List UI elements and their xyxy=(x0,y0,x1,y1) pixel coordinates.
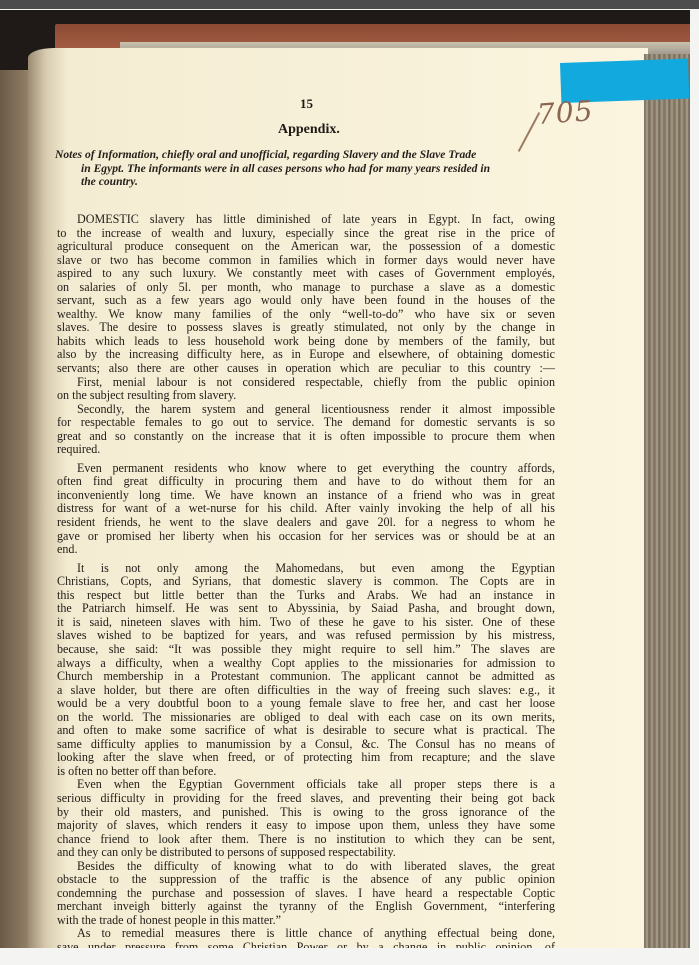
handwritten-folio-number: 705 xyxy=(536,94,595,131)
text-line: same difficulty applies to manumission b… xyxy=(57,738,555,752)
text-line: chance friend to look after them. There … xyxy=(57,833,555,847)
text-line: it is said, nineteen slaves with him. Tw… xyxy=(57,616,555,630)
text-line: condemning the purchase and possession o… xyxy=(57,887,555,901)
text-line: resident friends, he went to the slave d… xyxy=(57,516,555,530)
text-line: distress for want of a wet-nurse for his… xyxy=(57,502,555,516)
text-line: agricultural produce consequent on the A… xyxy=(57,240,555,254)
text-line: servants; also there are other causes in… xyxy=(57,362,555,376)
scanned-page-image: 705 15 Appendix. Notes of Information, c… xyxy=(0,10,690,957)
text-line: on the world. The missionaries are oblig… xyxy=(57,711,555,725)
text-line: Christians, Copts, and Syrians, that dom… xyxy=(57,575,555,589)
text-line: Secondly, the harem system and general l… xyxy=(57,403,555,417)
page-heading: Appendix. xyxy=(278,122,340,138)
text-line: Church membership in a Protestant commun… xyxy=(57,670,555,684)
text-line: on the subject resulting from slavery. xyxy=(57,389,555,403)
text-line: required. xyxy=(57,443,555,457)
text-line: always a difficulty, when a wealthy Copt… xyxy=(57,657,555,671)
text-line: for respectable females to go out to ser… xyxy=(57,416,555,430)
text-line: and they can only be distributed to pers… xyxy=(57,846,555,860)
text-line: obstacle to the suppression of the traff… xyxy=(57,873,555,887)
text-line: with the trade of honest people in this … xyxy=(57,914,555,928)
text-line: often find great difficulty in procuring… xyxy=(57,475,555,489)
text-line: looking after the slave when freed, or o… xyxy=(57,751,555,765)
text-line: aspired to any such luxury. We constantl… xyxy=(57,267,555,281)
notes-line: the country. xyxy=(55,175,560,189)
text-line: the Patriarch himself. He was sent to Ab… xyxy=(57,602,555,616)
text-line: on salaries of only 5l. per month, who m… xyxy=(57,281,555,295)
text-line: end. xyxy=(57,543,555,557)
text-line: Besides the difficulty of knowing what t… xyxy=(57,860,555,874)
text-line: slaves wished to be baptized for years, … xyxy=(57,629,555,643)
text-line: also by the increasing difficulty here, … xyxy=(57,348,555,362)
text-line: because, she said: “It was possible they… xyxy=(57,643,555,657)
text-line: As to remedial measures there is little … xyxy=(57,927,555,941)
text-line: habits which leads to less household wor… xyxy=(57,335,555,349)
text-line: Even permanent residents who know where … xyxy=(57,462,555,476)
notes-line: Notes of Information, chiefly oral and u… xyxy=(55,148,560,162)
text-line: First, menial labour is not considered r… xyxy=(57,376,555,390)
text-line: to the increase of wealth and luxury, es… xyxy=(57,227,555,241)
page-stack-edge xyxy=(644,54,690,957)
text-line: servant, such as a few years ago would o… xyxy=(57,294,555,308)
text-line: great and so constantly on the increase … xyxy=(57,430,555,444)
document-viewer: 705 15 Appendix. Notes of Information, c… xyxy=(0,9,699,965)
text-line: is often no better off than before. xyxy=(57,765,555,779)
viewer-bottom-bar xyxy=(0,948,699,965)
text-line: would be a very doubtful boon to a young… xyxy=(57,697,555,711)
text-line: and often to make some sacrifice of what… xyxy=(57,724,555,738)
text-line: inconveniently long time. We have known … xyxy=(57,489,555,503)
page-number: 15 xyxy=(300,96,313,112)
body-text: DOMESTIC slavery has little diminished o… xyxy=(57,208,555,957)
text-line: by their old masters, and punished. This… xyxy=(57,806,555,820)
text-line: slave or two has become common in famili… xyxy=(57,254,555,268)
notes-heading: Notes of Information, chiefly oral and u… xyxy=(55,148,560,189)
text-line: majority of slaves, which renders it eas… xyxy=(57,819,555,833)
text-line: gave or promised her liberty when his oc… xyxy=(57,530,555,544)
text-line: DOMESTIC slavery has little diminished o… xyxy=(57,213,555,227)
notes-line: in Egypt. The informants were in all cas… xyxy=(55,162,560,176)
text-line: merchant inveigh bitterly against the ty… xyxy=(57,900,555,914)
text-line: a slave holder, but there are often diff… xyxy=(57,684,555,698)
text-line: serious difficulty in providing for the … xyxy=(57,792,555,806)
text-line: this respect but little better than the … xyxy=(57,589,555,603)
text-line: wealthy. We know many families of the on… xyxy=(57,308,555,322)
text-line: slaves. The desire to possess slaves is … xyxy=(57,321,555,335)
text-line: Even when the Egyptian Government offici… xyxy=(57,778,555,792)
text-line: It is not only among the Mahomedans, but… xyxy=(57,562,555,576)
